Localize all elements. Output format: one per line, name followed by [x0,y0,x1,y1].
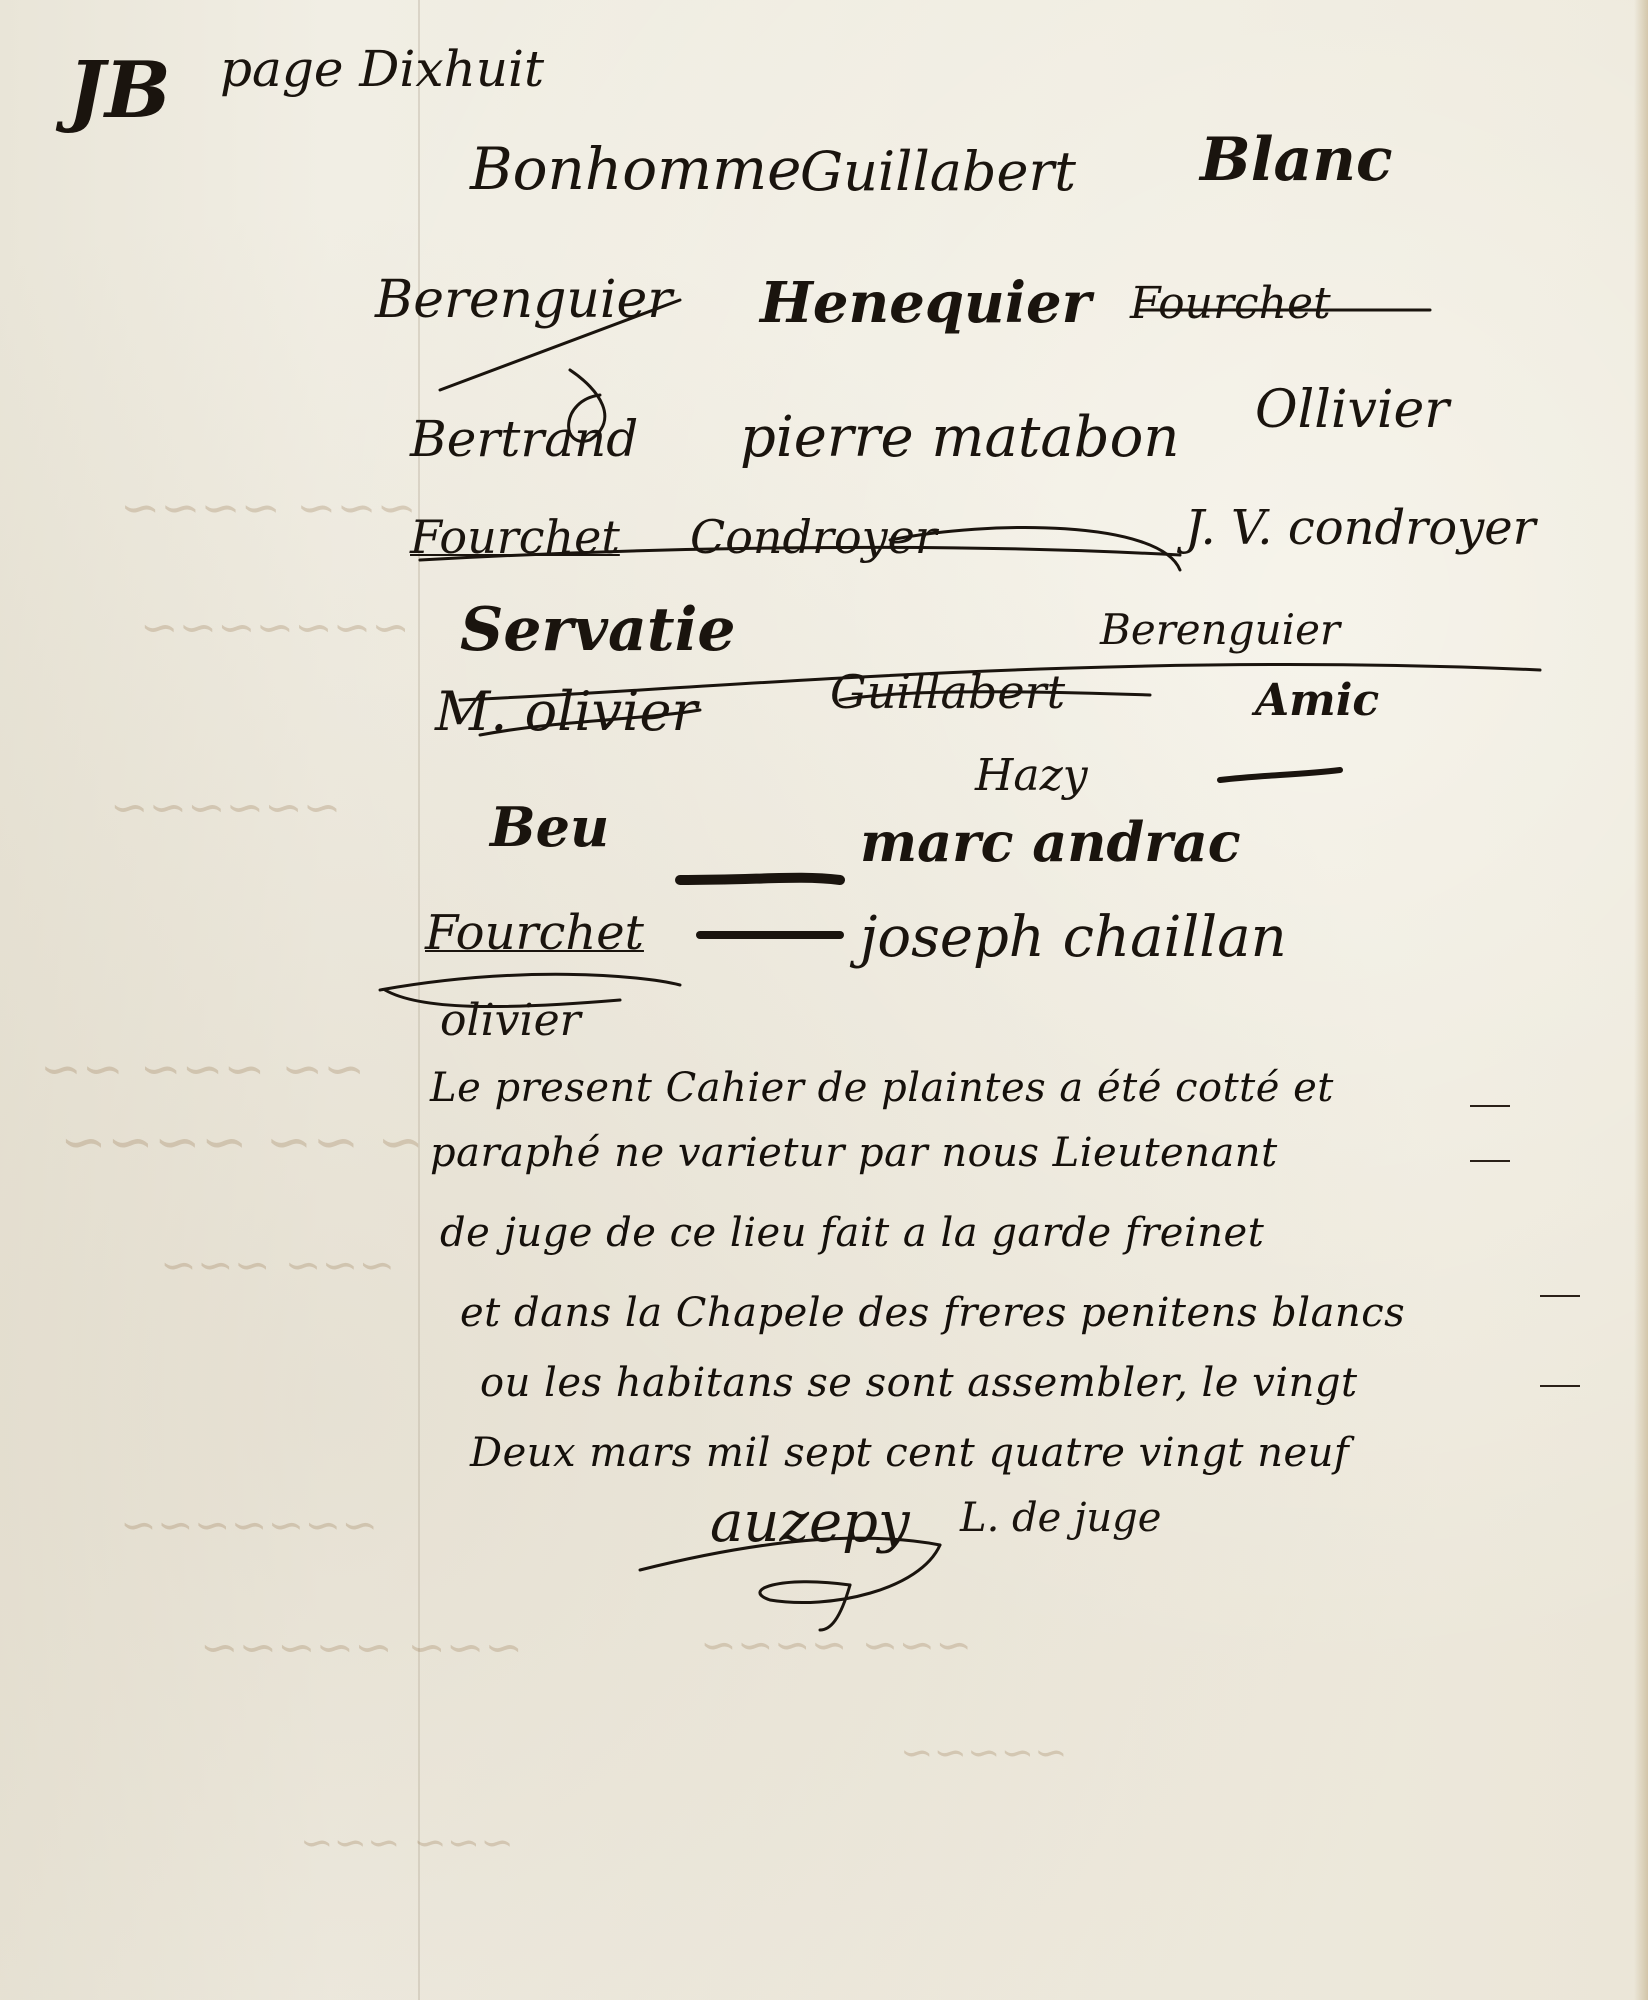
closing-paragraph-line: Le present Cahier de plaintes a été cott… [430,1065,1334,1111]
line-end-dash [1470,1105,1510,1107]
final-signature-title: L. de juge [960,1495,1161,1541]
line-end-dash [1540,1385,1580,1387]
line-end-dash [1540,1295,1580,1297]
closing-paragraph-line: ou les habitans se sont assembler, le vi… [480,1360,1358,1406]
final-signature-name: auzepy [710,1490,910,1555]
closing-paragraph-line: et dans la Chapele des freres penitens b… [460,1290,1405,1336]
line-end-dash [1470,1160,1510,1162]
closing-paragraph-line: paraphé ne varietur par nous Lieutenant [430,1130,1278,1176]
signature-flourish [0,0,1648,2000]
closing-paragraph-line: de juge de ce lieu fait a la garde frein… [440,1210,1264,1256]
closing-paragraph-text: paraphé ne varietur par nous Lieutenant [430,1130,1278,1176]
closing-paragraph-line: Deux mars mil sept cent quatre vingt neu… [470,1430,1349,1476]
manuscript-page: ~~~ ~~~~ ~~~~~~~ ~~~~~~ ~~ ~~~ ~~ ~ ~~ ~… [0,0,1648,2000]
